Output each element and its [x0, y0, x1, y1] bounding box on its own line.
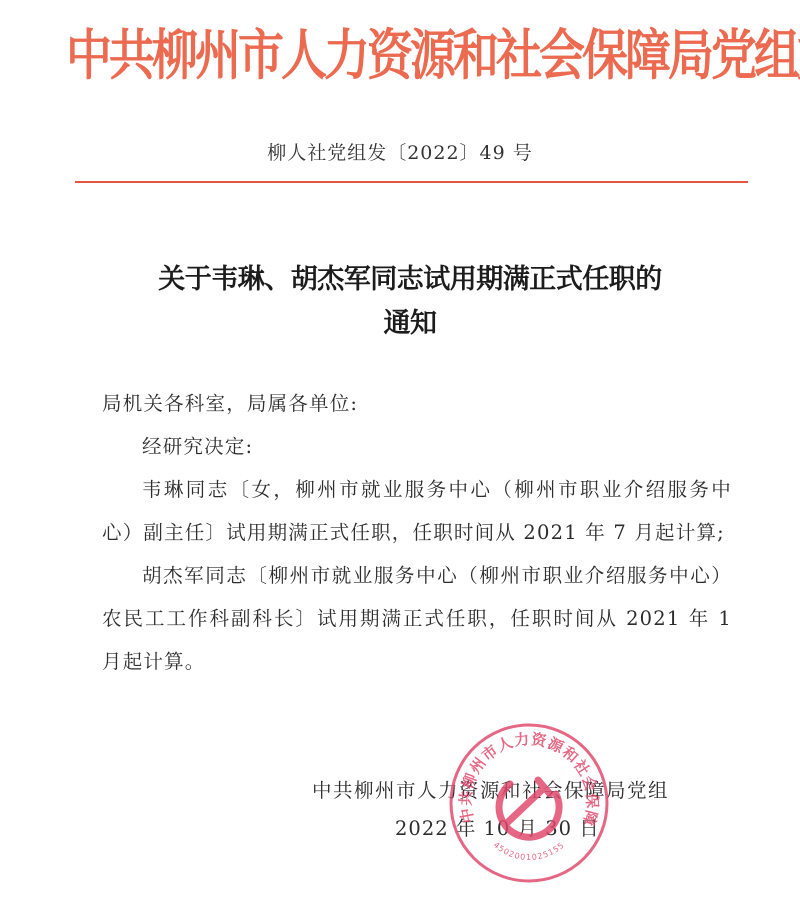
title-line-2: 通知 — [90, 302, 730, 346]
signature-organization: 中共柳州市人力资源和社会保障局党组 — [300, 772, 700, 810]
title-line-1: 关于韦琳、胡杰军同志试用期满正式任职的 — [90, 258, 730, 302]
paragraph-hu-jiejun: 胡杰军同志〔柳州市就业服务中心（柳州市职业介绍服务中心）农民工工作科副科长〕试用… — [102, 554, 732, 683]
document-title: 关于韦琳、胡杰军同志试用期满正式任职的 通知 — [90, 258, 730, 346]
intro-line: 经研究决定: — [102, 425, 732, 468]
signature-date: 2022 年 10 月 30 日 — [300, 810, 700, 848]
salutation: 局机关各科室，局属各单位: — [102, 382, 732, 425]
document-body: 局机关各科室，局属各单位: 经研究决定: 韦琳同志〔女，柳州市就业服务中心（柳州… — [102, 382, 732, 683]
document-number: 柳人社党组发〔2022〕49 号 — [0, 138, 800, 168]
document-masthead: 中共柳州市人力资源和社会保障局党组文件 — [66, 14, 756, 97]
paragraph-wei-lin: 韦琳同志〔女，柳州市就业服务中心（柳州市职业介绍服务中心）副主任〕试用期满正式任… — [102, 468, 732, 554]
red-divider-rule — [75, 181, 748, 183]
signature-block: 中共柳州市人力资源和社会保障局党组 2022 年 10 月 30 日 — [300, 772, 700, 848]
